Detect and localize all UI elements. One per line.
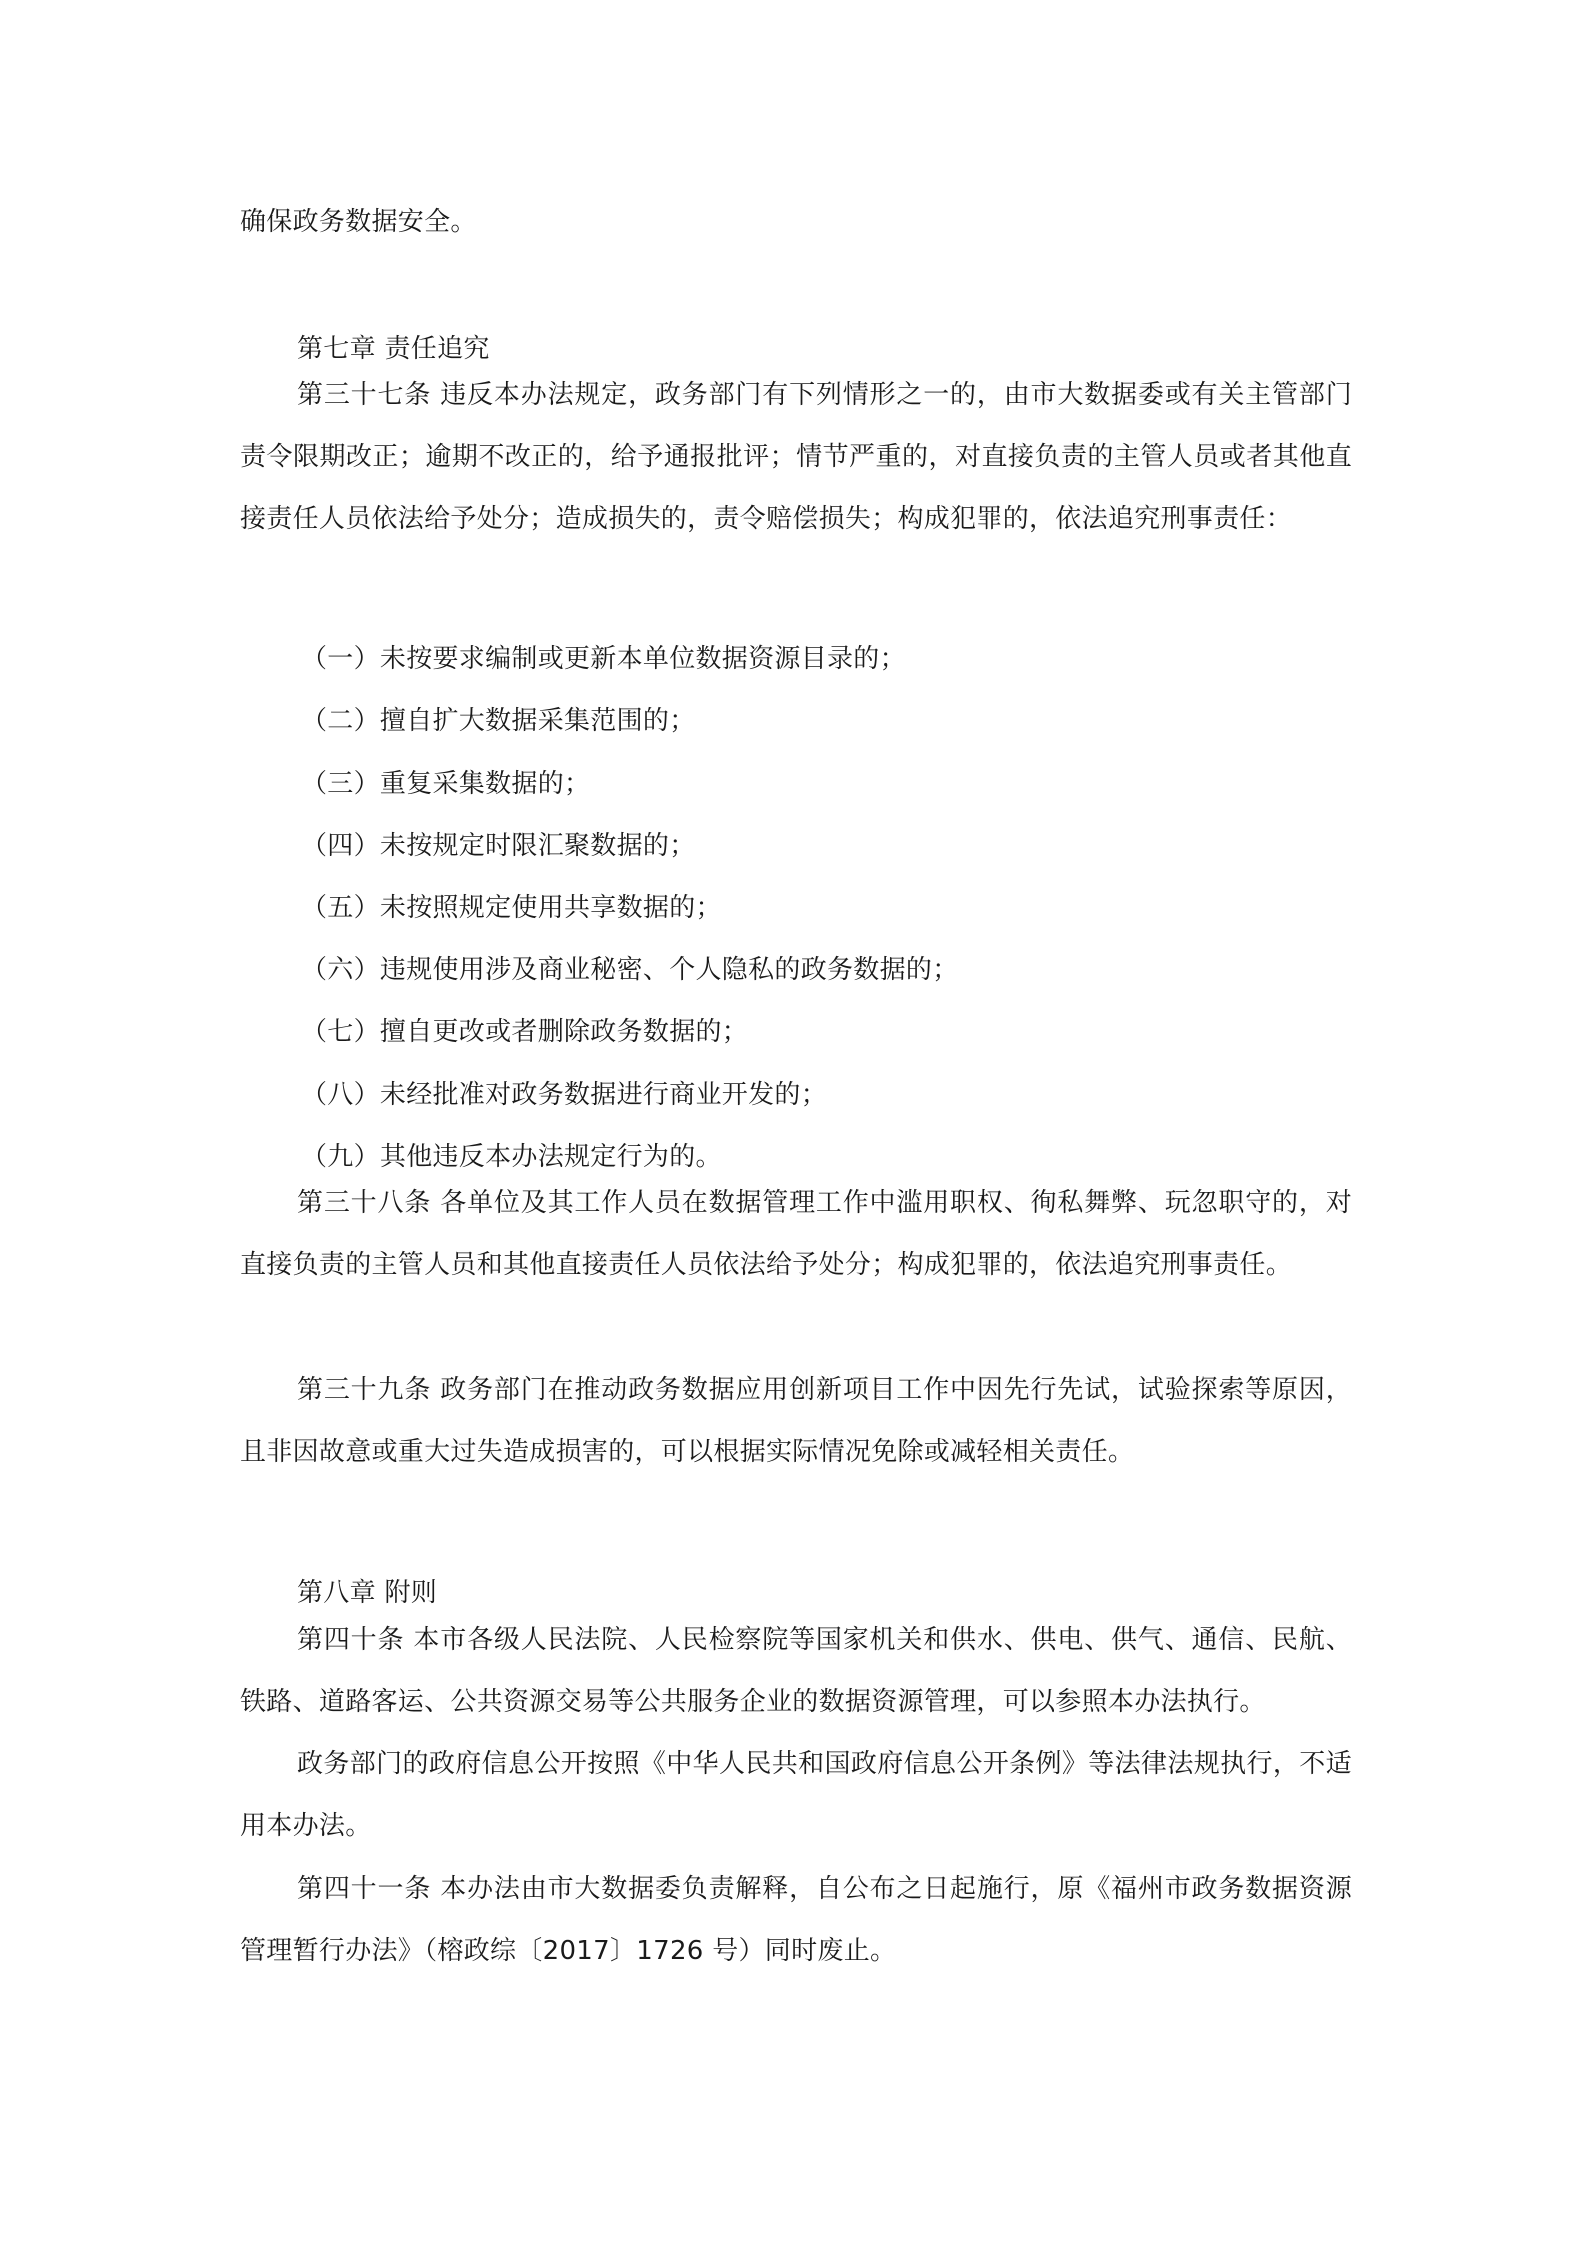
article-37-item-2: （二）擅自扩大数据采集范围的； xyxy=(301,705,696,737)
article-37-item-8: （八）未经批准对政务数据进行商业开发的； xyxy=(301,1079,827,1111)
continuation-text: 确保政务数据安全。 xyxy=(240,206,477,238)
article-37-item-3: （三）重复采集数据的； xyxy=(301,768,590,800)
chapter-8-heading: 第八章 附则 xyxy=(297,1577,437,1609)
article-37-item-5: （五）未按照规定使用共享数据的； xyxy=(301,892,722,924)
article-37: 第三十七条 违反本办法规定，政务部门有下列情形之一的，由市大数据委或有关主管部门… xyxy=(240,364,1352,551)
article-38: 第三十八条 各单位及其工作人员在数据管理工作中滥用职权、徇私舞弊、玩忽职守的，对… xyxy=(240,1172,1352,1296)
article-37-item-1: （一）未按要求编制或更新本单位数据资源目录的； xyxy=(301,643,906,675)
article-39: 第三十九条 政务部门在推动政务数据应用创新项目工作中因先行先试，试验探索等原因，… xyxy=(240,1359,1352,1483)
chapter-7-heading: 第七章 责任追究 xyxy=(297,333,490,365)
article-41: 第四十一条 本办法由市大数据委负责解释，自公布之日起施行，原《福州市政务数据资源… xyxy=(240,1858,1352,1982)
article-37-item-6: （六）违规使用涉及商业秘密、个人隐私的政务数据的； xyxy=(301,954,959,986)
article-40-paragraph-2: 政务部门的政府信息公开按照《中华人民共和国政府信息公开条例》等法律法规执行，不适… xyxy=(240,1733,1352,1857)
article-37-item-4: （四）未按规定时限汇聚数据的； xyxy=(301,830,696,862)
article-37-item-7: （七）擅自更改或者删除政务数据的； xyxy=(301,1016,748,1048)
article-40: 第四十条 本市各级人民法院、人民检察院等国家机关和供水、供电、供气、通信、民航、… xyxy=(240,1609,1352,1733)
article-37-item-9: （九）其他违反本办法规定行为的。 xyxy=(301,1141,722,1173)
